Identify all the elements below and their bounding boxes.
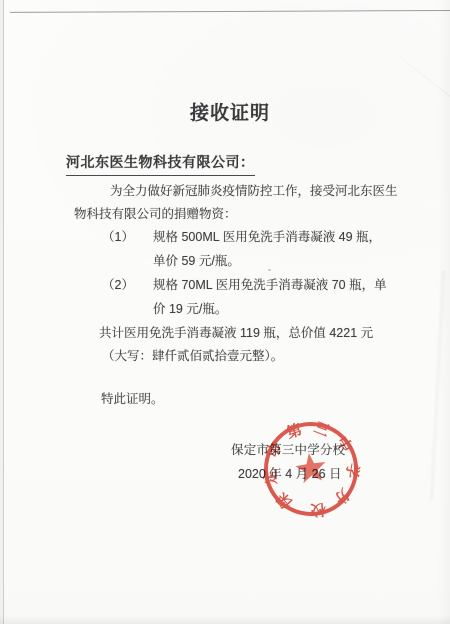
item-2-continuation: 价 19 元/瓶。 <box>153 302 227 318</box>
item-2-index: （2） <box>102 278 153 294</box>
paper-top-edge-line <box>10 10 450 13</box>
seal-star-icon <box>294 451 328 484</box>
closing-line: 特此证明。 <box>101 392 164 408</box>
official-round-seal: 保定市第三中学分校 <box>249 407 373 531</box>
item-2-text: 规格 70ML 医用免洗手消毒凝液 70 瓶，单 <box>153 278 387 294</box>
intro-line-1: 为全力做好新冠肺炎疫情防控工作，接受河北东医生 <box>110 184 398 200</box>
item-2-row: （2） 规格 70ML 医用免洗手消毒凝液 70 瓶，单 <box>102 278 387 294</box>
document-title: 接收证明 <box>5 98 450 125</box>
scanned-document-page: 接收证明 河北东医生物科技有限公司： 为全力做好新冠肺炎疫情防控工作，接受河北东… <box>0 0 450 624</box>
total-line: 共计医用免洗手消毒凝液 119 瓶，总价值 4221 元 <box>99 326 373 342</box>
intro-line-2: 物科技有限公司的捐赠物资： <box>74 207 237 223</box>
paper-left-edge-line <box>3 0 4 624</box>
paper-bottom-shadow <box>0 615 450 624</box>
item-1-row: （1） 规格 500ML 医用免洗手消毒凝液 49 瓶， <box>102 230 381 246</box>
seal-graphic: 保定市第三中学分校 <box>249 407 373 531</box>
amount-in-words-line: （大写：肆仟贰佰贰拾壹元整）。 <box>102 349 283 365</box>
item-1-index: （1） <box>102 230 153 246</box>
item-1-text: 规格 500ML 医用免洗手消毒凝液 49 瓶， <box>153 230 381 246</box>
item-1-continuation: 单价 59 元/瓶。 <box>153 254 240 270</box>
scan-speck <box>268 269 271 271</box>
addressee-line: 河北东医生物科技有限公司： <box>66 152 255 176</box>
